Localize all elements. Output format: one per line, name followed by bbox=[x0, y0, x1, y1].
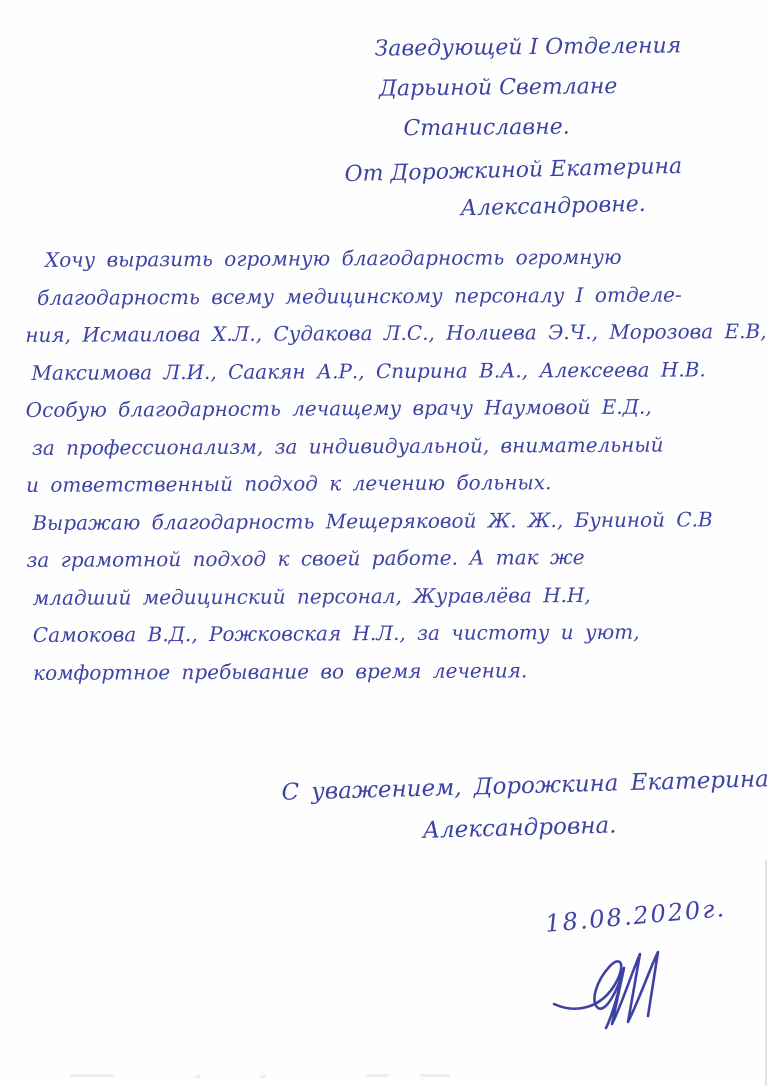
scan-smudge bbox=[365, 1074, 389, 1077]
scan-smudge bbox=[260, 1075, 266, 1078]
body-line: Самокова В.Д., Рожковская Н.Л., за чисто… bbox=[25, 613, 765, 654]
recipient-line: Станиславне. bbox=[375, 106, 682, 149]
body-line: младший медицинский персонал, Журавлёва … bbox=[25, 576, 765, 617]
body-line: за грамотной подход к своей работе. А та… bbox=[24, 538, 764, 579]
recipient-line: Дарьиной Светлане bbox=[375, 66, 682, 109]
letter-body: Хочу выразить огромную благодарность огр… bbox=[23, 238, 765, 692]
date-line: 18.08.2020г. bbox=[544, 894, 727, 938]
body-line: Выражаю благодарность Мещеряковой Ж. Ж.,… bbox=[24, 501, 764, 542]
body-line: и ответственный подход к лечению больных… bbox=[24, 463, 764, 504]
body-line: комфортное пребывание во время лечения. bbox=[25, 651, 765, 692]
body-line: Максимова Л.И., Саакян А.Р., Спирина В.А… bbox=[23, 351, 763, 392]
scan-smudge bbox=[195, 1075, 201, 1078]
body-line: Хочу выразить огромную благодарность огр… bbox=[23, 238, 763, 279]
signature-scribble bbox=[548, 938, 698, 1033]
body-line: благодарность всему медицинскому персона… bbox=[23, 276, 763, 317]
recipient-block: Заведующей I Отделения Дарьиной Светлане… bbox=[374, 26, 682, 149]
scan-smudge bbox=[420, 1074, 450, 1077]
body-line: за профессионализм, за индивидуальной, в… bbox=[24, 426, 764, 467]
body-line: ния, Исмаилова Х.Л., Судакова Л.С., Ноли… bbox=[23, 313, 763, 354]
recipient-line: Заведующей I Отделения bbox=[374, 26, 681, 69]
scan-edge-artifact bbox=[765, 860, 767, 1086]
closing-block: С уважением, Дорожкина Екатерина Алексан… bbox=[281, 758, 768, 856]
body-line: Особую благодарность лечащему врачу Наум… bbox=[24, 388, 764, 429]
sender-block: От Дорожкиной Екатерина Александровне. bbox=[344, 148, 683, 230]
scan-smudge bbox=[70, 1074, 115, 1077]
letter-page: Заведующей I Отделения Дарьиной Светлане… bbox=[0, 0, 768, 1086]
